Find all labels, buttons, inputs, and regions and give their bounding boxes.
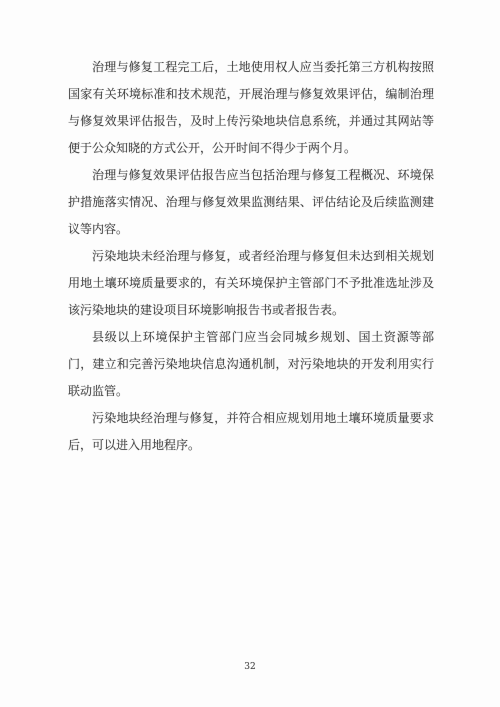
page-number: 32 <box>244 662 255 672</box>
page-footer: 32 <box>0 654 500 673</box>
paragraph: 治理与修复效果评估报告应当包括治理与修复工程概况、环境保护措施落实情况、治理与修… <box>68 162 434 243</box>
document-body: 治理与修复工程完工后，土地使用权人应当委托第三方机构按照国家有关环境标准和技术规… <box>68 54 434 459</box>
paragraph: 污染地块经治理与修复，并符合相应规划用地土壤环境质量要求后，可以进入用地程序。 <box>68 405 434 459</box>
paragraph: 县级以上环境保护主管部门应当会同城乡规划、国土资源等部门，建立和完善污染地块信息… <box>68 324 434 405</box>
paragraph: 治理与修复工程完工后，土地使用权人应当委托第三方机构按照国家有关环境标准和技术规… <box>68 54 434 162</box>
document-page: 治理与修复工程完工后，土地使用权人应当委托第三方机构按照国家有关环境标准和技术规… <box>0 0 500 707</box>
paragraph: 污染地块未经治理与修复，或者经治理与修复但未达到相关规划用地土壤环境质量要求的，… <box>68 243 434 324</box>
